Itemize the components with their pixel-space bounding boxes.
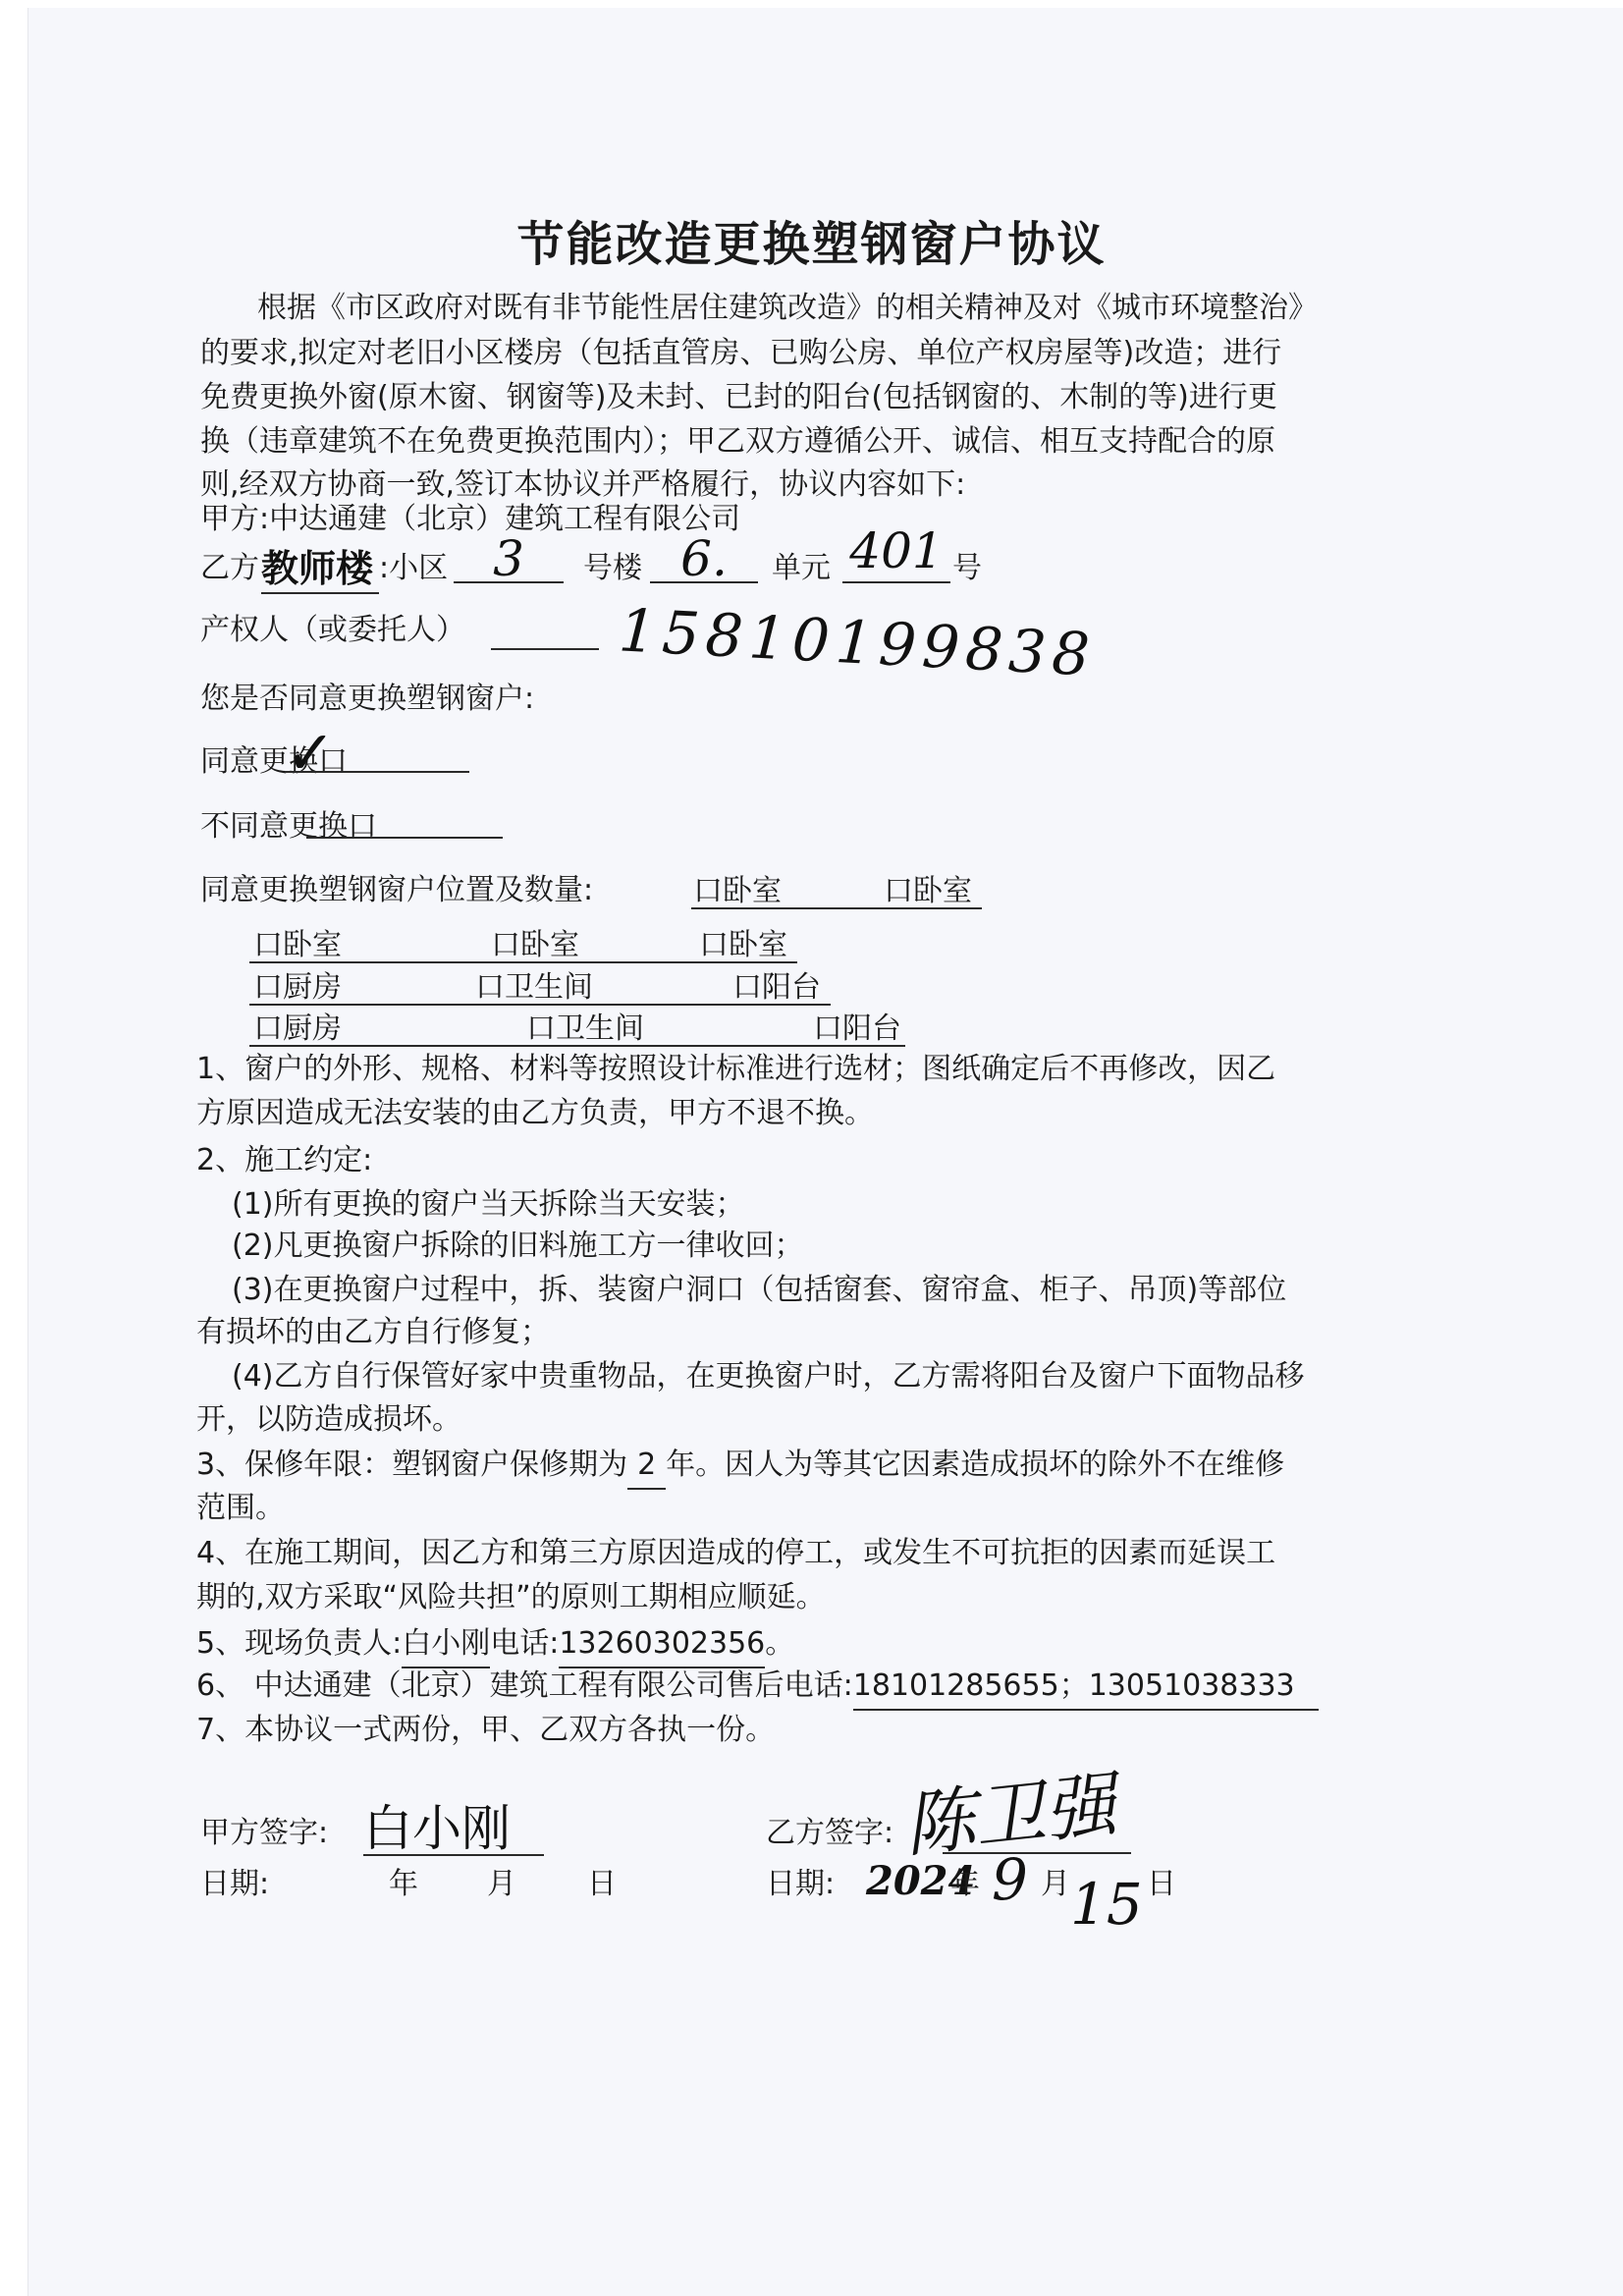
party-b-signature-label: 乙方签字: [766,1810,893,1856]
party-b-day-value[interactable]: 15 [1070,1871,1143,1938]
site-manager-name: 白小刚 [402,1620,490,1668]
agree-check-icon[interactable]: ✓ [285,717,336,789]
disagree-option[interactable]: 不同意更换口 [200,803,377,849]
warranty-years-field[interactable]: 2 [627,1442,666,1490]
clause-4-line-2: 期的,双方采取“风险共担”的原则工期相应顺延。 [196,1574,826,1620]
clause-2-item-3-line-2: 有损坏的由乙方自行修复； [196,1309,550,1355]
party-b-day-label: 日 [1147,1861,1176,1907]
location-balcony[interactable]: 口阳台 [813,1004,901,1047]
unit-number-field[interactable]: 6. [650,530,758,583]
clause-7: 7、本协议一式两份，甲、乙双方各执一份。 [196,1707,775,1753]
location-bedroom[interactable]: 口卧室 [699,920,787,963]
location-bathroom[interactable]: 口卫生间 [475,962,593,1006]
party-b-signature-line [943,1852,1131,1854]
party-b-month-label: 月 [1041,1861,1070,1907]
clause-5: 5、现场负责人:白小刚电话:13260302356。 [196,1620,794,1668]
clause-2-item-1: (1)所有更换的窗户当天拆除当天安装； [232,1181,745,1228]
location-row-3: 口厨房 口卫生间 口阳台 [249,960,831,1006]
owner-label: 产权人（或委托人） [200,607,465,653]
location-row-1: 口卧室 口卧室 [691,864,982,909]
site-manager-phone: 13260302356 [559,1620,765,1668]
document-title: 节能改造更换塑钢窗户协议 [0,206,1623,274]
community-label: :小区 [379,545,448,591]
party-a-label: 甲方: [200,502,269,536]
intro-line-1: 根据《市区政府对既有非节能性居住建筑改造》的相关精神及对《城市环境整治》 [257,285,1318,331]
clause-2-item-4-line-1: (4)乙方自行保管好家中贵重物品，在更换窗户时，乙方需将阳台及窗户下面物品移 [232,1353,1305,1399]
party-a-year-label: 年 [389,1861,418,1907]
party-a-date-label: 日期: [200,1861,269,1907]
location-bedroom[interactable]: 口卧室 [693,866,782,909]
clause-6: 6、 中达通建（北京）建筑工程有限公司售后电话:18101285655；1305… [196,1663,1319,1711]
clause-2-item-4-line-2: 开，以防造成损坏。 [196,1396,461,1443]
party-b-month-value[interactable]: 9 [992,1846,1028,1913]
clause-4-line-1: 4、在施工期间，因乙方和第三方原因造成的停工，或发生不可抗拒的因素而延误工 [196,1530,1275,1576]
clause-2-item-2: (2)凡更换窗户拆除的旧料施工方一律收回； [232,1223,804,1269]
clause-5-phone-label: 电话: [490,1626,559,1661]
clause-3-line-2: 范围。 [196,1485,285,1531]
clause-2-heading: 2、施工约定: [196,1137,372,1183]
after-sales-phones: 18101285655；13051038333 [853,1663,1319,1711]
party-b-year-label: 年 [950,1861,980,1907]
location-balcony[interactable]: 口阳台 [732,962,821,1006]
party-b-label: 乙方 [200,551,259,585]
intro-line-2: 的要求,拟定对老旧小区楼房（包括直管房、已购公房、单位产权房屋等)改造；进行 [200,330,1281,376]
party-a-month-label: 月 [487,1861,516,1907]
owner-blank [491,648,599,650]
disagree-blank [306,837,503,839]
intro-line-3: 免费更换外窗(原木窗、钢窗等)及未封、已封的阳台(包括钢窗的、木制的等)进行更 [200,374,1277,420]
location-row-2: 口卧室 口卧室 口卧室 [249,918,797,963]
unit-label: 单元 [772,545,831,591]
clause-3-line-1: 3、保修年限：塑钢窗户保修期为2年。因人为等其它因素造成损坏的除外不在维修 [196,1442,1284,1490]
party-b-date-label: 日期: [766,1861,835,1907]
location-bedroom[interactable]: 口卧室 [253,920,342,963]
location-kitchen[interactable]: 口厨房 [253,1004,342,1047]
locations-label: 同意更换塑钢窗户位置及数量: [200,867,593,913]
party-a-signature-label: 甲方签字: [200,1810,328,1856]
party-a-signature[interactable]: 白小刚 [363,1789,511,1860]
location-bathroom[interactable]: 口卫生间 [526,1004,644,1047]
intro-line-4: 换（违章建筑不在免费更换范围内）；甲乙双方遵循公开、诚信、相互支持配合的原 [200,418,1275,465]
clause-6-label: 6、 中达通建（北京）建筑工程有限公司售后电话: [196,1668,853,1703]
clause-1-line-1: 1、窗户的外形、规格、材料等按照设计标准进行选材；图纸确定后不再修改，因乙 [196,1046,1275,1092]
clause-1-line-2: 方原因造成无法安装的由乙方负责，甲方不退不换。 [196,1090,874,1136]
room-label: 号 [952,545,982,591]
clause-5-end: 。 [765,1626,794,1661]
clause-5-label: 5、现场负责人: [196,1626,402,1661]
location-kitchen[interactable]: 口厨房 [253,962,342,1006]
consent-question: 您是否同意更换塑钢窗户: [200,676,534,722]
community-field[interactable]: 教师楼 [261,538,379,594]
clause-3-text-cont: 年。因人为等其它因素造成损坏的除外不在维修 [666,1448,1284,1482]
building-label: 号楼 [583,545,642,591]
party-b-address: 乙方 [200,545,259,591]
building-number-field[interactable]: 3 [454,530,564,583]
room-number-field[interactable]: 401 [842,522,950,583]
party-a-signature-line [363,1854,544,1856]
clause-3-text: 3、保修年限：塑钢窗户保修期为 [196,1448,627,1482]
clause-2-item-3-line-1: (3)在更换窗户过程中，拆、装窗户洞口（包括窗套、窗帘盒、柜子、吊顶)等部位 [232,1267,1286,1313]
location-bedroom[interactable]: 口卧室 [884,866,972,909]
party-a-day-label: 日 [587,1861,617,1907]
location-row-4: 口厨房 口卫生间 口阳台 [249,1002,905,1047]
location-bedroom[interactable]: 口卧室 [491,920,579,963]
